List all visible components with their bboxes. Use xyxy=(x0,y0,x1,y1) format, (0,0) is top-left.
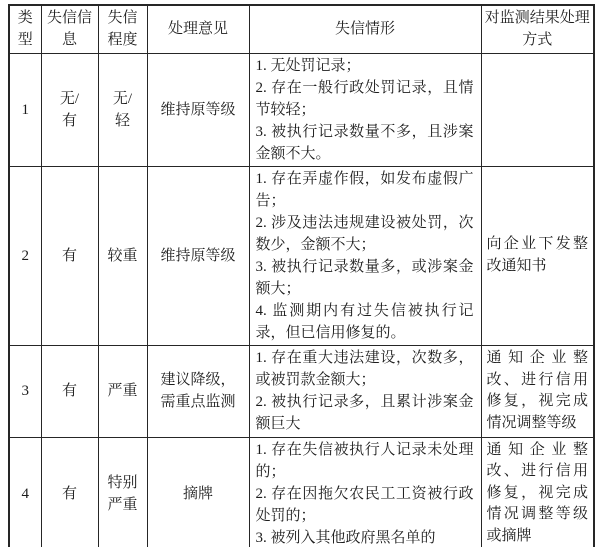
table-row-3: 3 有 严重 建议降级， 需重点监测 1. 存在重大违法建设，次数多，或被罚款金… xyxy=(9,345,594,437)
cell-opinion: 摘牌 xyxy=(147,437,249,547)
cell-type: 2 xyxy=(9,166,41,345)
situation-item: 2. 存在因拖欠农民工工资被行政处罚的； xyxy=(256,483,474,527)
cell-type: 1 xyxy=(9,53,41,166)
credit-supervision-table: 类型 失信信息 失信程度 处理意见 失信情形 对监测结果处理方式 1 无/ 有 … xyxy=(8,4,595,547)
cell-dishonesty-info: 无/ 有 xyxy=(41,53,98,166)
col-header-type: 类型 xyxy=(9,5,41,53)
table-row-1: 1 无/ 有 无/ 轻 维持原等级 1. 无处罚记录； 2. 存在一般行政处罚记… xyxy=(9,53,594,166)
header-row: 类型 失信信息 失信程度 处理意见 失信情形 对监测结果处理方式 xyxy=(9,5,594,53)
cell-treatment xyxy=(481,53,594,166)
cell-opinion: 建议降级， 需重点监测 xyxy=(147,345,249,437)
cell-dishonesty-info: 有 xyxy=(41,166,98,345)
col-header-treatment: 对监测结果处理方式 xyxy=(481,5,594,53)
cell-situations: 1. 存在重大违法建设，次数多，或被罚款金额大； 2. 被执行记录多，且累计涉案… xyxy=(249,345,481,437)
cell-dishonesty-info: 有 xyxy=(41,345,98,437)
cell-type: 4 xyxy=(9,437,41,547)
cell-dishonesty-degree: 特别 严重 xyxy=(98,437,147,547)
col-header-dishonesty-degree: 失信程度 xyxy=(98,5,147,53)
situation-item: 2. 被执行记录多，且累计涉案金额巨大 xyxy=(256,391,474,435)
situation-item: 1. 无处罚记录； xyxy=(256,55,474,77)
cell-situations: 1. 存在弄虚作假，如发布虚假广告； 2. 涉及违法违规建设被处罚，次数少，金额… xyxy=(249,166,481,345)
document-page: 类型 失信信息 失信程度 处理意见 失信情形 对监测结果处理方式 1 无/ 有 … xyxy=(0,0,601,547)
cell-dishonesty-degree: 无/ 轻 xyxy=(98,53,147,166)
col-header-situation: 失信情形 xyxy=(249,5,481,53)
col-header-opinion: 处理意见 xyxy=(147,5,249,53)
cell-treatment: 通知企业整改、进行信用修复，视完成情况调整等级 xyxy=(481,345,594,437)
cell-treatment: 向企业下发整改通知书 xyxy=(481,166,594,345)
situation-item: 1. 存在重大违法建设，次数多，或被罚款金额大； xyxy=(256,347,474,391)
table-row-4: 4 有 特别 严重 摘牌 1. 存在失信被执行人记录未处理的； 2. 存在因拖欠… xyxy=(9,437,594,547)
cell-situations: 1. 无处罚记录； 2. 存在一般行政处罚记录，且情节较轻； 3. 被执行记录数… xyxy=(249,53,481,166)
situation-item: 4. 监测期内有过失信被执行记录，但已信用修复的。 xyxy=(256,300,474,344)
situation-item: 2. 涉及违法违规建设被处罚，次数少，金额不大； xyxy=(256,212,474,256)
situation-item: 3. 被执行记录数量多，或涉案金额大； xyxy=(256,256,474,300)
cell-dishonesty-degree: 严重 xyxy=(98,345,147,437)
cell-opinion: 维持原等级 xyxy=(147,53,249,166)
situation-item: 3. 被执行记录数量不多，且涉案金额不大。 xyxy=(256,121,474,165)
cell-type: 3 xyxy=(9,345,41,437)
situation-item: 1. 存在失信被执行人记录未处理的； xyxy=(256,439,474,483)
situation-item: 3. 被列入其他政府黑名单的 xyxy=(256,527,474,547)
col-header-dishonesty-info: 失信信息 xyxy=(41,5,98,53)
table-row-2: 2 有 较重 维持原等级 1. 存在弄虚作假，如发布虚假广告； 2. 涉及违法违… xyxy=(9,166,594,345)
cell-opinion: 维持原等级 xyxy=(147,166,249,345)
cell-dishonesty-degree: 较重 xyxy=(98,166,147,345)
cell-situations: 1. 存在失信被执行人记录未处理的； 2. 存在因拖欠农民工工资被行政处罚的； … xyxy=(249,437,481,547)
cell-dishonesty-info: 有 xyxy=(41,437,98,547)
situation-item: 2. 存在一般行政处罚记录，且情节较轻； xyxy=(256,77,474,121)
situation-item: 1. 存在弄虚作假，如发布虚假广告； xyxy=(256,168,474,212)
cell-treatment: 通知企业整改、进行信用修复，视完成情况调整等级或摘牌 xyxy=(481,437,594,547)
